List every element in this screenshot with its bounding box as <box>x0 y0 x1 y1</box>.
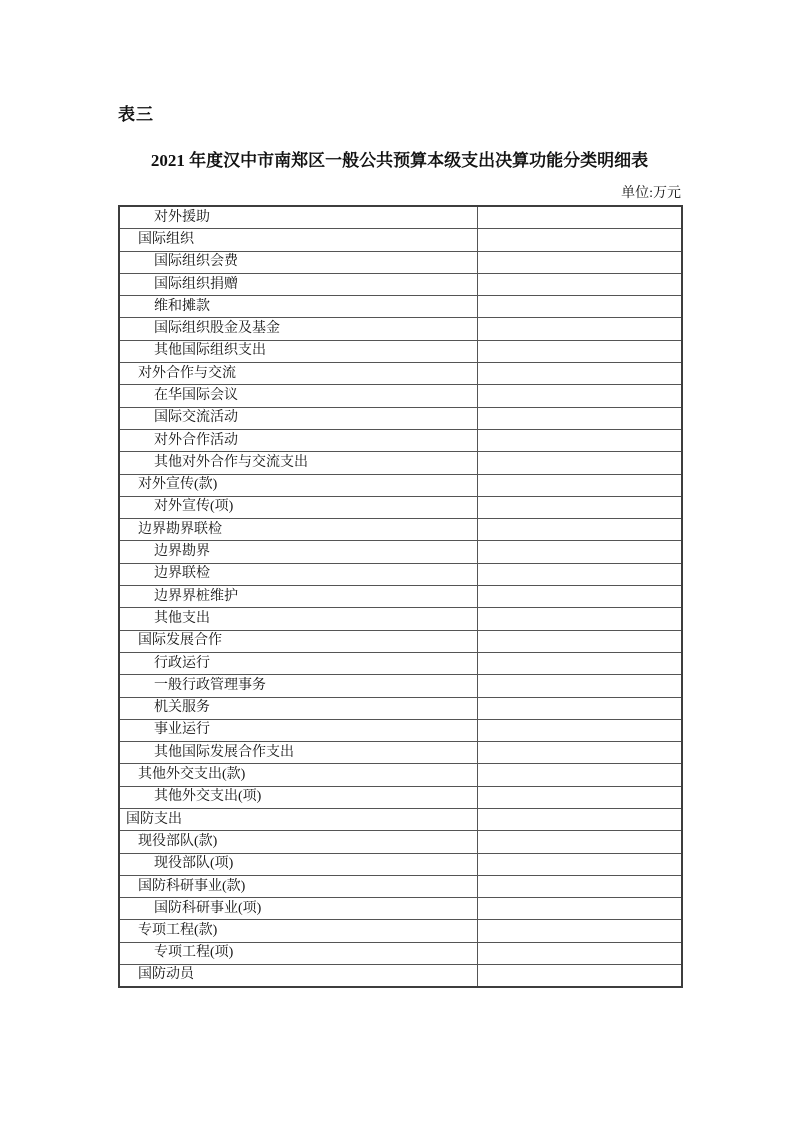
table-row: 国防动员 <box>119 965 682 987</box>
table-row: 现役部队(项) <box>119 853 682 875</box>
value-cell <box>477 697 682 719</box>
value-cell <box>477 429 682 451</box>
value-cell <box>477 898 682 920</box>
category-cell: 其他外交支出(项) <box>119 786 477 808</box>
table-row: 现役部队(款) <box>119 831 682 853</box>
category-cell: 一般行政管理事务 <box>119 675 477 697</box>
table-row: 国防科研事业(项) <box>119 898 682 920</box>
category-cell: 现役部队(款) <box>119 831 477 853</box>
table-number-label: 表三 <box>118 106 681 125</box>
table-row: 对外宣传(款) <box>119 474 682 496</box>
table-row: 其他国际组织支出 <box>119 340 682 362</box>
table-row: 其他外交支出(款) <box>119 764 682 786</box>
unit-note: 单位:万元 <box>118 186 681 201</box>
table-row: 对外合作活动 <box>119 429 682 451</box>
table-row: 事业运行 <box>119 719 682 741</box>
table-row: 行政运行 <box>119 652 682 674</box>
table-row: 一般行政管理事务 <box>119 675 682 697</box>
value-cell <box>477 942 682 964</box>
table-row: 专项工程(款) <box>119 920 682 942</box>
value-cell <box>477 742 682 764</box>
category-cell: 国防支出 <box>119 808 477 830</box>
value-cell <box>477 474 682 496</box>
table-row: 其他国际发展合作支出 <box>119 742 682 764</box>
category-cell: 专项工程(项) <box>119 942 477 964</box>
category-cell: 国际发展合作 <box>119 630 477 652</box>
category-cell: 对外宣传(款) <box>119 474 477 496</box>
value-cell <box>477 229 682 251</box>
value-cell <box>477 318 682 340</box>
category-cell: 在华国际会议 <box>119 385 477 407</box>
value-cell <box>477 965 682 987</box>
value-cell <box>477 920 682 942</box>
value-cell <box>477 296 682 318</box>
value-cell <box>477 786 682 808</box>
category-cell: 国防科研事业(项) <box>119 898 477 920</box>
category-cell: 对外援助 <box>119 206 477 228</box>
category-cell: 国际组织股金及基金 <box>119 318 477 340</box>
table-row: 专项工程(项) <box>119 942 682 964</box>
table-row: 其他对外合作与交流支出 <box>119 452 682 474</box>
document-content: 表三 2021 年度汉中市南郑区一般公共预算本级支出决算功能分类明细表 单位:万… <box>118 106 681 988</box>
table-row: 其他支出 <box>119 608 682 630</box>
category-cell: 国际组织 <box>119 229 477 251</box>
table-row: 其他外交支出(项) <box>119 786 682 808</box>
value-cell <box>477 586 682 608</box>
category-cell: 国际交流活动 <box>119 407 477 429</box>
table-row: 对外宣传(项) <box>119 496 682 518</box>
table-row: 国际交流活动 <box>119 407 682 429</box>
page-title: 2021 年度汉中市南郑区一般公共预算本级支出决算功能分类明细表 <box>118 151 681 171</box>
table-row: 国防支出 <box>119 808 682 830</box>
category-cell: 国际组织捐赠 <box>119 273 477 295</box>
value-cell <box>477 764 682 786</box>
value-cell <box>477 853 682 875</box>
category-cell: 国防动员 <box>119 965 477 987</box>
value-cell <box>477 452 682 474</box>
table-row: 国际发展合作 <box>119 630 682 652</box>
category-cell: 其他支出 <box>119 608 477 630</box>
value-cell <box>477 206 682 228</box>
value-cell <box>477 630 682 652</box>
category-cell: 现役部队(项) <box>119 853 477 875</box>
table-row: 国际组织 <box>119 229 682 251</box>
value-cell <box>477 608 682 630</box>
value-cell <box>477 363 682 385</box>
table-row: 边界勘界联检 <box>119 519 682 541</box>
value-cell <box>477 875 682 897</box>
value-cell <box>477 273 682 295</box>
table-row: 国防科研事业(款) <box>119 875 682 897</box>
value-cell <box>477 407 682 429</box>
value-cell <box>477 340 682 362</box>
category-cell: 对外合作与交流 <box>119 363 477 385</box>
category-cell: 行政运行 <box>119 652 477 674</box>
value-cell <box>477 652 682 674</box>
table-row: 国际组织捐赠 <box>119 273 682 295</box>
value-cell <box>477 808 682 830</box>
value-cell <box>477 496 682 518</box>
category-cell: 国际组织会费 <box>119 251 477 273</box>
table-row: 对外援助 <box>119 206 682 228</box>
value-cell <box>477 541 682 563</box>
table-row: 边界联检 <box>119 563 682 585</box>
table-row: 维和摊款 <box>119 296 682 318</box>
value-cell <box>477 519 682 541</box>
category-cell: 其他国际发展合作支出 <box>119 742 477 764</box>
category-cell: 边界联检 <box>119 563 477 585</box>
table-row: 国际组织会费 <box>119 251 682 273</box>
category-cell: 维和摊款 <box>119 296 477 318</box>
value-cell <box>477 675 682 697</box>
category-cell: 机关服务 <box>119 697 477 719</box>
category-cell: 其他外交支出(款) <box>119 764 477 786</box>
table-row: 在华国际会议 <box>119 385 682 407</box>
value-cell <box>477 719 682 741</box>
table-row: 边界勘界 <box>119 541 682 563</box>
document-page: 表三 2021 年度汉中市南郑区一般公共预算本级支出决算功能分类明细表 单位:万… <box>0 0 793 1122</box>
budget-table-body: 对外援助国际组织国际组织会费国际组织捐赠维和摊款国际组织股金及基金其他国际组织支… <box>119 206 682 986</box>
value-cell <box>477 251 682 273</box>
budget-table: 对外援助国际组织国际组织会费国际组织捐赠维和摊款国际组织股金及基金其他国际组织支… <box>118 205 683 987</box>
value-cell <box>477 385 682 407</box>
value-cell <box>477 831 682 853</box>
category-cell: 其他国际组织支出 <box>119 340 477 362</box>
category-cell: 对外宣传(项) <box>119 496 477 518</box>
table-row: 机关服务 <box>119 697 682 719</box>
category-cell: 对外合作活动 <box>119 429 477 451</box>
category-cell: 事业运行 <box>119 719 477 741</box>
category-cell: 边界勘界 <box>119 541 477 563</box>
category-cell: 专项工程(款) <box>119 920 477 942</box>
category-cell: 国防科研事业(款) <box>119 875 477 897</box>
category-cell: 边界界桩维护 <box>119 586 477 608</box>
value-cell <box>477 563 682 585</box>
table-row: 边界界桩维护 <box>119 586 682 608</box>
category-cell: 边界勘界联检 <box>119 519 477 541</box>
table-row: 对外合作与交流 <box>119 363 682 385</box>
category-cell: 其他对外合作与交流支出 <box>119 452 477 474</box>
table-row: 国际组织股金及基金 <box>119 318 682 340</box>
